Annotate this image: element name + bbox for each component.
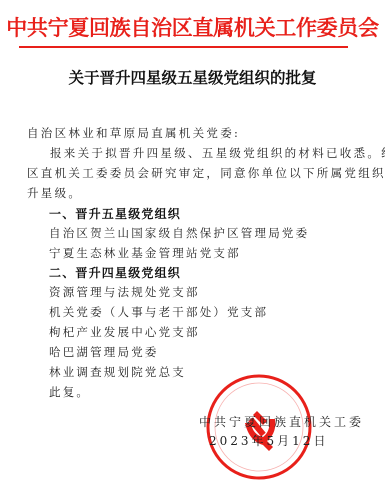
section-heading-five-star: 一、晋升五星级党组织 — [49, 205, 181, 222]
document-title: 关于晋升四星级五星级党组织的批复 — [0, 66, 385, 88]
list-item: 哈巴湖管理局党委 — [49, 344, 159, 360]
signature-date: 2023年5月12日 — [209, 432, 328, 449]
paragraph-line-1: 报来关于拟晋升四星级、五星级党组织的材料已收悉。经 — [50, 145, 385, 161]
signature-issuer: 中共宁夏回族直机关工委 — [199, 413, 364, 430]
list-item: 林业调查规划院党总支 — [49, 364, 186, 380]
paragraph-line-3: 升星级。 — [27, 185, 82, 201]
closing-line: 此复。 — [49, 384, 90, 400]
section-heading-four-star: 二、晋升四星级党组织 — [49, 264, 181, 281]
list-item: 资源管理与法规处党支部 — [49, 284, 200, 300]
list-item: 机关党委（人事与老干部处）党支部 — [49, 304, 268, 320]
list-item: 自治区贺兰山国家级自然保护区管理局党委 — [49, 225, 309, 241]
list-item: 枸杞产业发展中心党支部 — [49, 324, 200, 340]
paragraph-line-2: 区直机关工委委员会研究审定，同意你单位以下所属党组织晋 — [27, 165, 385, 181]
recipient-line: 自治区林业和草原局直属机关党委: — [27, 125, 240, 141]
red-header-divider — [19, 46, 348, 48]
issuing-organization-header: 中共宁夏回族自治区直属机关工作委员会 — [0, 12, 385, 42]
list-item: 宁夏生态林业基金管理站党支部 — [49, 245, 241, 261]
